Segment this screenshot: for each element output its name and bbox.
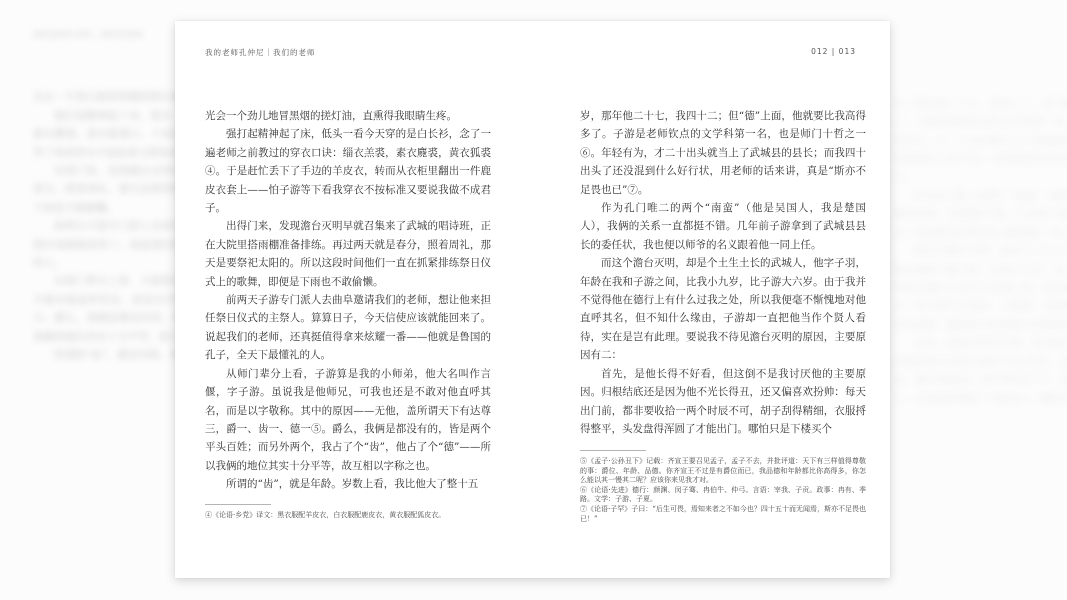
ghost-paragraph: 而这个澹台灭明，却是个土生土长的武城人，他字子羽，年龄在我和子游之间，比我小九岁… xyxy=(893,242,1067,334)
paragraph: 前两天子游专门派人去曲阜邀请我们的老师，想让他来担任祭日仪式的主祭人。算算日子，… xyxy=(205,291,491,365)
left-page-text: 光会一个劲儿地冒黑烟的搓灯油，直熏得我眼睛生疼。 强打起精神起了床，低头一看今天… xyxy=(205,107,491,494)
footnote-divider xyxy=(580,450,646,451)
paragraph: 强打起精神起了床，低头一看今天穿的是白长衫，念了一遍老师之前教过的穿衣口诀：缁衣… xyxy=(205,125,491,217)
paragraph: 光会一个劲儿地冒黑烟的搓灯油，直熏得我眼睛生疼。 xyxy=(205,107,491,125)
running-header: 我的老师孔仲尼｜我们的老师 xyxy=(205,47,316,58)
footnote: ⑥《论语·先进》德行：颜渊、闵子骞、冉伯牛、仲弓。言语：宰我、子贡。政事：冉有、… xyxy=(580,486,866,505)
ghost-paragraph: 岁，那年他二十七，我四十二；但“德”上面，他就要比我高得多了。子游是老师钦点的文… xyxy=(893,95,1067,187)
page-spread: 我的老师孔仲尼｜我们的老师 012 | 013 光会一个劲儿地冒黑烟的搓灯油，直… xyxy=(175,21,890,578)
paragraph: 作为孔门唯二的两个“南蛮”（他是吴国人，我是楚国人），我俩的关系一直都挺不错。几… xyxy=(580,199,866,254)
right-page-footnotes: ⑤《孟子·公孙丑下》记载：齐宣王要召见孟子，孟子不去，并批评道：天下有三样值得尊… xyxy=(580,450,866,524)
paragraph: 而这个澹台灭明，却是个土生土长的武城人，他字子羽，年龄在我和子游之间，比我小九岁… xyxy=(580,254,866,364)
right-page-text: 岁，那年他二十七，我四十二；但“德”上面，他就要比我高得多了。子游是老师钦点的文… xyxy=(580,107,866,438)
ghost-paragraph: 作为孔门唯二的两个“南蛮”（他是吴国人，我是楚国人），我俩的关系一直都挺不错。几… xyxy=(893,187,1067,242)
footnote: ⑦《论语·子罕》子曰：“后生可畏，焉知来者之不如今也？四十五十而无闻焉，斯亦不足… xyxy=(580,505,866,524)
footnote-divider xyxy=(205,504,271,505)
footnote: ⑤《孟子·公孙丑下》记载：齐宣王要召见孟子，孟子不去，并批评道：天下有三样值得尊… xyxy=(580,457,866,486)
paragraph: 首先，是他长得不好看，但这倒不是我讨厌他的主要原因。归根结底还是因为他不光长得丑… xyxy=(580,365,866,439)
paragraph: 出得门来，发现澹台灭明早就召集来了武城的唱诗班，正在大院里搭雨棚准备排练。再过两… xyxy=(205,217,491,291)
paragraph: 从师门辈分上看，子游算是我的小师弟，他大名叫作言偃，字子游。虽说我是他师兄，可我… xyxy=(205,365,491,475)
footnote: ④《论语·乡党》译文：黑衣服配羊皮衣，白衣服配鹿皮衣，黄衣服配狐皮衣。 xyxy=(205,511,491,521)
page-number: 012 | 013 xyxy=(811,47,856,56)
left-page-footnotes: ④《论语·乡党》译文：黑衣服配羊皮衣，白衣服配鹿皮衣，黄衣服配狐皮衣。 xyxy=(205,504,491,521)
paragraph: 所谓的“齿”，就是年龄。岁数上看，我比他大了整十五 xyxy=(205,475,491,493)
ghost-paragraph: 首先，是他长得不好看，但这倒不是我讨厌他的主要原因。归根结底还是因为他不光长得丑… xyxy=(893,334,1067,408)
reader-canvas: 我的老师孔仲尼｜我们的老师 光会一个劲儿地冒黑烟的搓灯油，直熏得我眼睛生疼。 强… xyxy=(0,0,1067,600)
paragraph: 岁，那年他二十七，我四十二；但“德”上面，他就要比我高得多了。子游是老师钦点的文… xyxy=(580,107,866,199)
ghost-text-right: 岁，那年他二十七，我四十二；但“德”上面，他就要比我高得多了。子游是老师钦点的文… xyxy=(893,95,1067,408)
